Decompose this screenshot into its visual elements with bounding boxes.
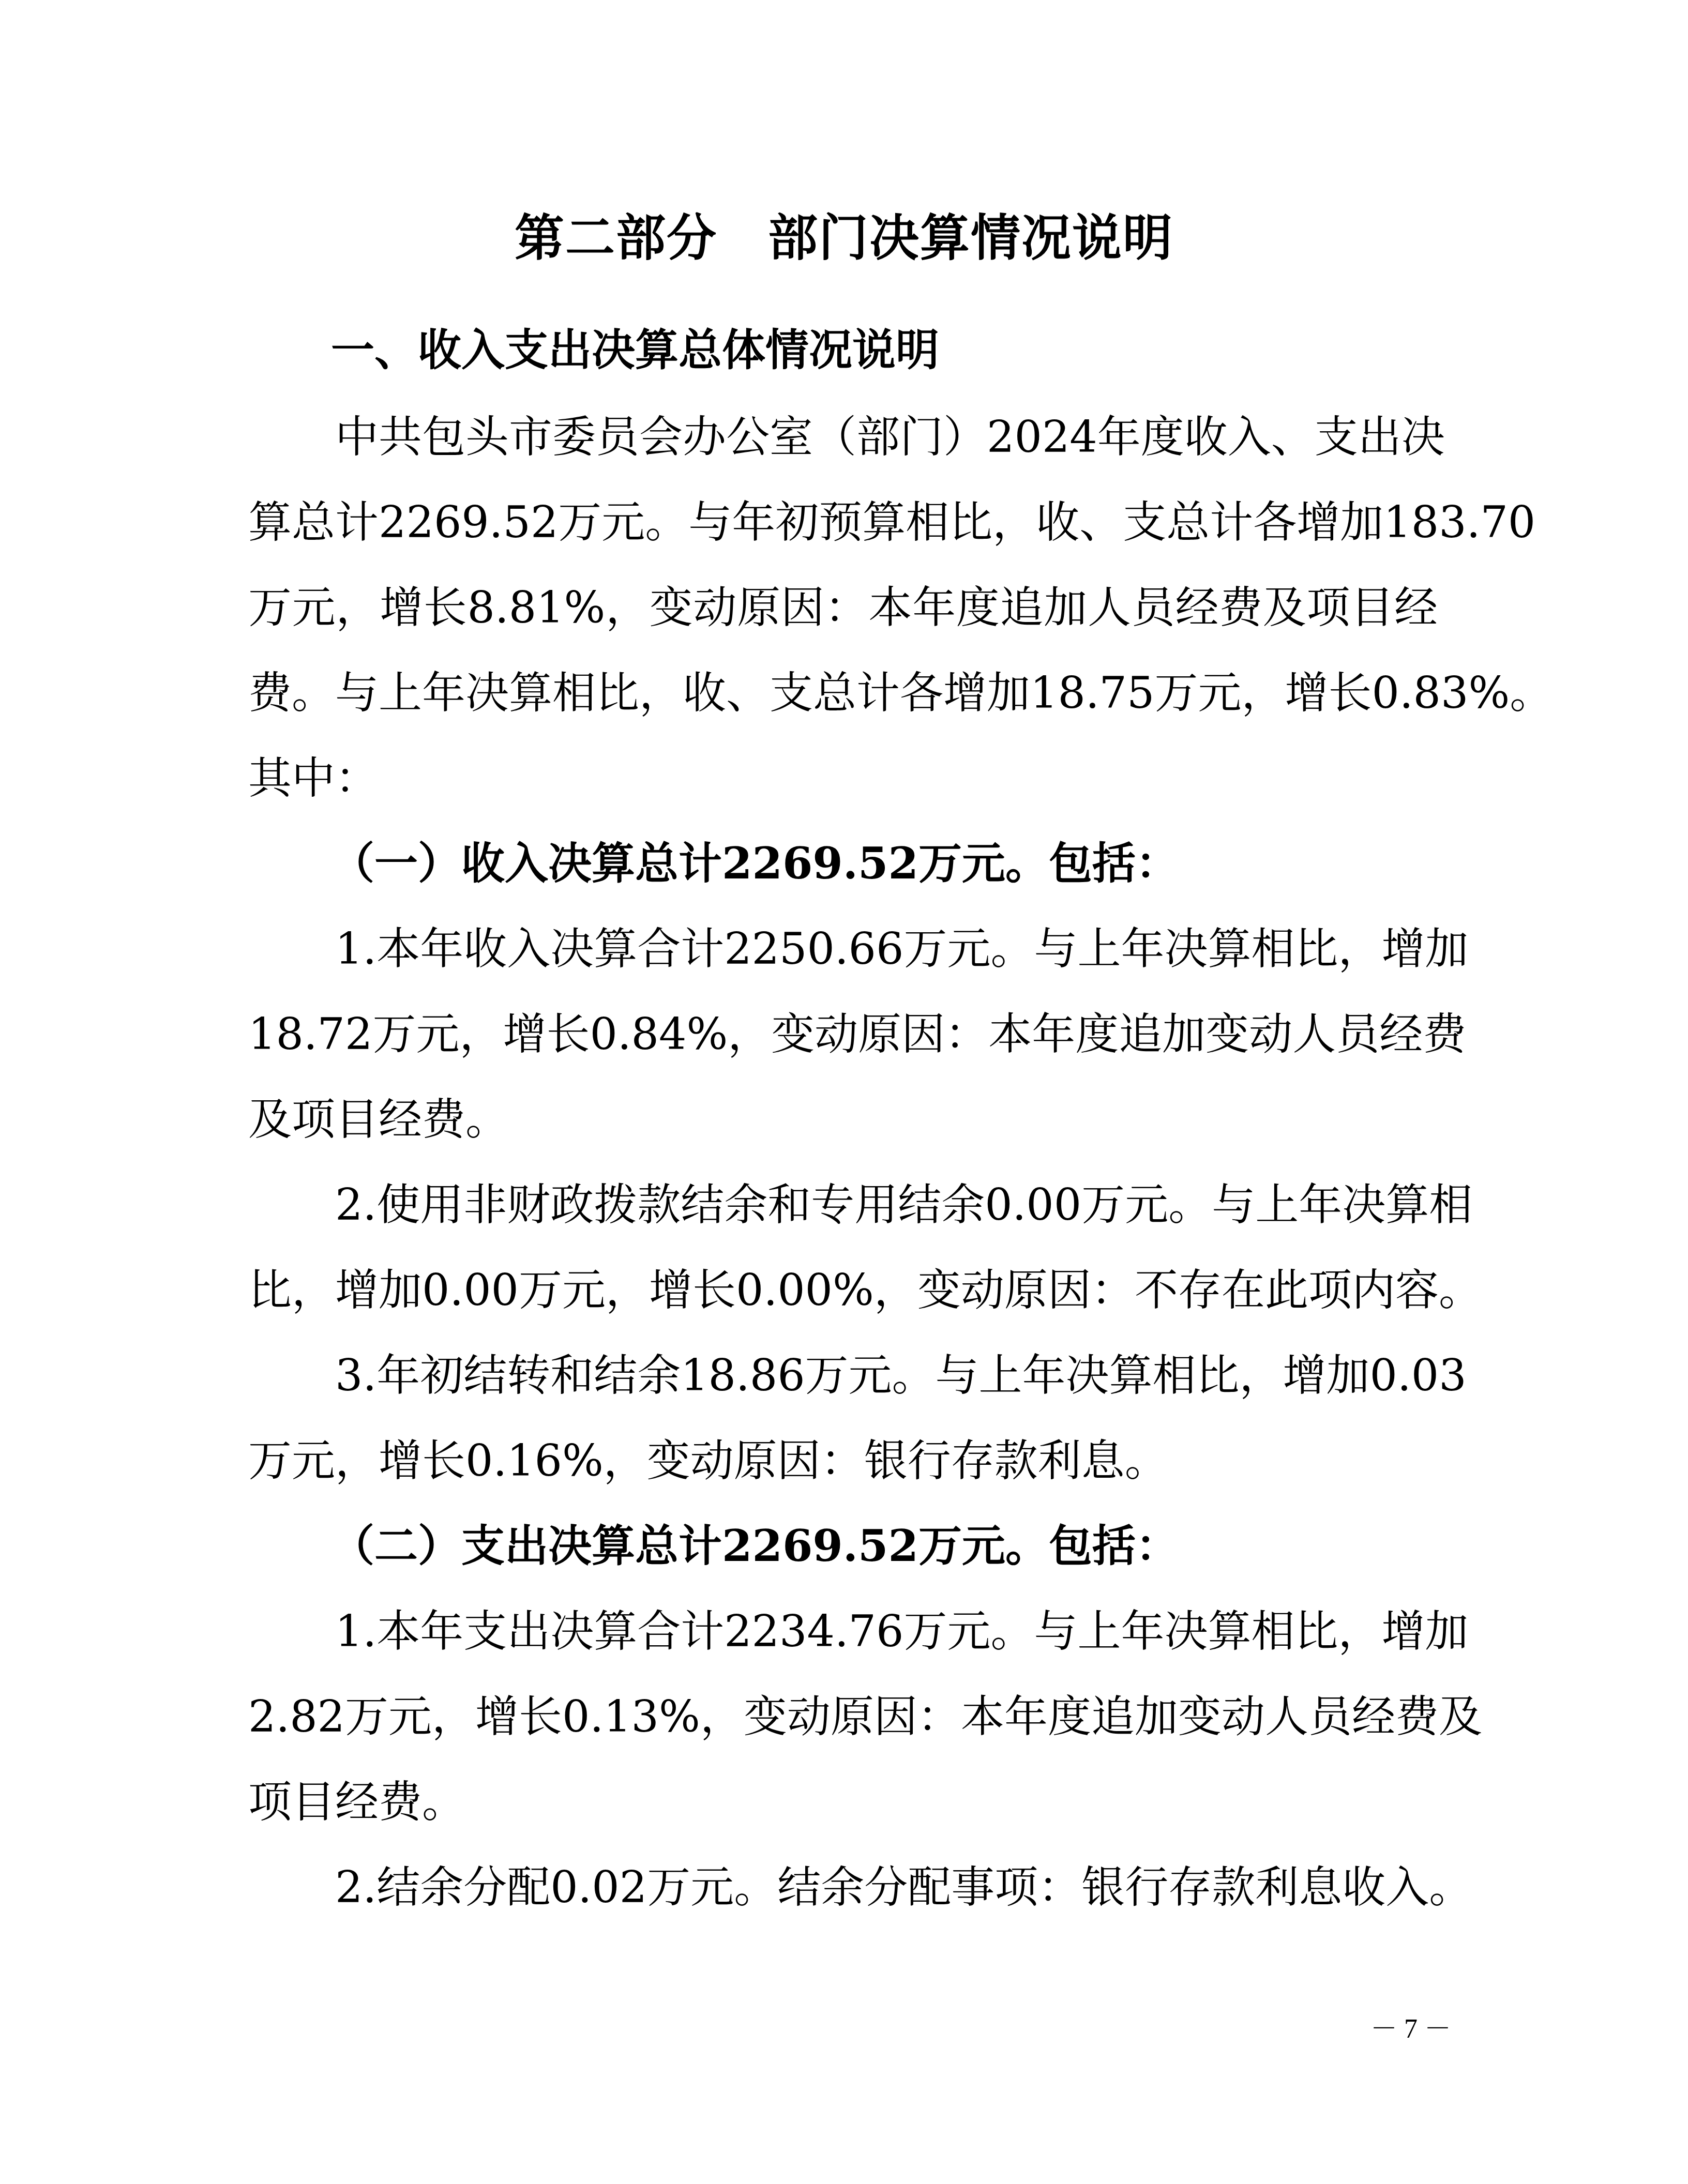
document-page: 第二部分 部门决算情况说明 一、收入支出决算总体情况说明 中共包头市委员会办公室… — [0, 0, 1688, 2184]
page-title: 第二部分 部门决算情况说明 — [0, 207, 1688, 269]
intro-paragraph-line-3: 万元，增长8.81%，变动原因：本年度追加人员经费及项目经 — [248, 579, 1438, 636]
intro-paragraph-line-5: 其中： — [248, 750, 1438, 807]
income-item-2-line-2: 比，增加0.00万元，增长0.00%，变动原因：不存在此项内容。 — [248, 1262, 1438, 1318]
income-item-3-line-2: 万元，增长0.16%，变动原因：银行存款利息。 — [248, 1432, 1438, 1489]
income-item-1-line-3: 及项目经费。 — [248, 1091, 1438, 1148]
expenditure-item-1-line-1: 1.本年支出决算合计2234.76万元。与上年决算相比，增加 — [335, 1603, 1438, 1660]
expenditure-item-2-line-1: 2.结余分配0.02万元。结余分配事项：银行存款利息收入。 — [335, 1859, 1438, 1916]
income-heading: （一）收入决算总计2269.52万元。包括： — [331, 835, 1438, 892]
expenditure-item-1-line-2: 2.82万元，增长0.13%，变动原因：本年度追加变动人员经费及 — [248, 1688, 1438, 1745]
income-item-3-line-1: 3.年初结转和结余18.86万元。与上年决算相比，增加0.03 — [335, 1347, 1438, 1404]
income-item-1-line-1: 1.本年收入决算合计2250.66万元。与上年决算相比，增加 — [335, 920, 1438, 977]
income-item-2-line-1: 2.使用非财政拨款结余和专用结余0.00万元。与上年决算相 — [335, 1176, 1438, 1233]
income-item-1-line-2: 18.72万元，增长0.84%，变动原因：本年度追加变动人员经费 — [248, 1006, 1438, 1063]
page-number: － 7 － — [1370, 2014, 1451, 2045]
intro-paragraph-line-1: 中共包头市委员会办公室（部门）2024年度收入、支出决 — [335, 408, 1438, 465]
section-heading: 一、收入支出决算总体情况说明 — [331, 322, 1438, 378]
intro-paragraph-line-4: 费。与上年决算相比，收、支总计各增加18.75万元，增长0.83%。 — [248, 664, 1438, 721]
intro-paragraph-line-2: 算总计2269.52万元。与年初预算相比，收、支总计各增加183.70 — [248, 494, 1438, 551]
expenditure-item-1-line-3: 项目经费。 — [248, 1773, 1438, 1830]
expenditure-heading: （二）支出决算总计2269.52万元。包括： — [331, 1518, 1438, 1574]
